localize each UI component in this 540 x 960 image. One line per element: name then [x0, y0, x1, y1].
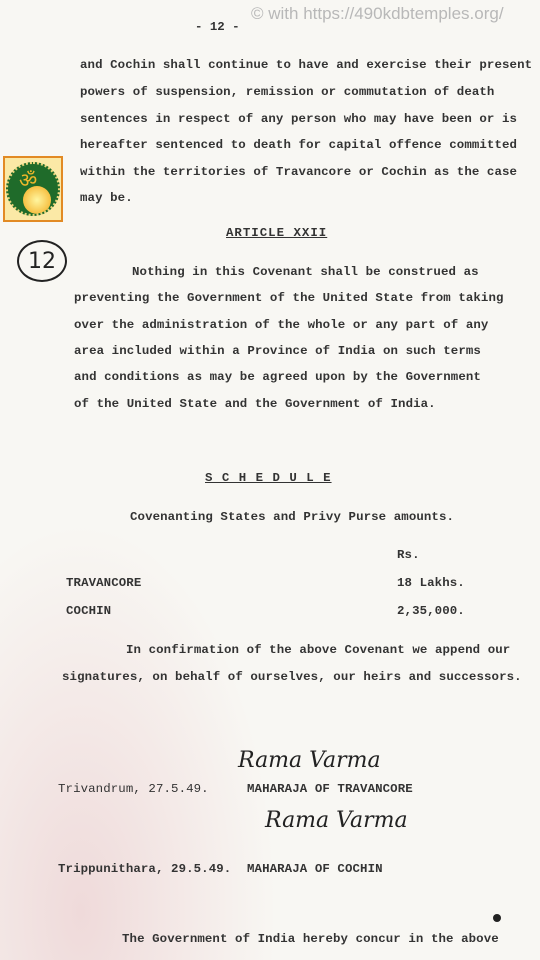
article-line: and conditions as may be agreed upon by … [74, 370, 481, 384]
om-temple-logo-icon[interactable]: ॐ [3, 156, 63, 222]
article-line: over the administration of the whole or … [74, 318, 488, 332]
schedule-amount: 2,35,000. [397, 604, 465, 618]
signature-title: MAHARAJA OF COCHIN [247, 862, 383, 876]
signature-place-date: Trippunithara, 29.5.49. [58, 862, 231, 876]
page-number: - 12 - [195, 20, 240, 34]
confirmation-line: signatures, on behalf of ourselves, our … [62, 670, 522, 684]
article-line: area included within a Province of India… [74, 344, 481, 358]
watermark: © with https://490kdbtemples.org/ [251, 4, 504, 24]
ink-dot [493, 914, 501, 922]
paragraph-line: powers of suspension, remission or commu… [80, 85, 494, 99]
signature-place-date: Trivandrum, 27.5.49. [58, 782, 209, 796]
paragraph-line: within the territories of Travancore or … [80, 165, 517, 179]
paragraph-line: and Cochin shall continue to have and ex… [80, 58, 532, 72]
paragraph-line: hereafter sentenced to death for capital… [80, 138, 517, 152]
article-line: Nothing in this Covenant shall be constr… [132, 265, 479, 279]
currency-header: Rs. [397, 548, 420, 562]
schedule-heading: S C H E D U L E [205, 471, 332, 485]
confirmation-line: In confirmation of the above Covenant we… [126, 643, 510, 657]
signature-title: MAHARAJA OF TRAVANCORE [247, 782, 413, 796]
om-icon: ॐ [19, 166, 37, 193]
closing-line: The Government of India hereby concur in… [122, 932, 499, 946]
schedule-amount: 18 Lakhs. [397, 576, 465, 590]
article-line: of the United State and the Government o… [74, 397, 436, 411]
logo-disc: ॐ [6, 162, 60, 216]
document-page: © with https://490kdbtemples.org/ - 12 -… [0, 0, 540, 960]
handwritten-margin-note: 12 [17, 240, 67, 282]
schedule-state: COCHIN [66, 604, 111, 618]
article-heading: ARTICLE XXII [226, 226, 327, 240]
schedule-state: TRAVANCORE [66, 576, 141, 590]
paragraph-line: may be. [80, 191, 133, 205]
article-line: preventing the Government of the United … [74, 291, 504, 305]
travancore-signature: Rama Varma [238, 748, 381, 773]
schedule-subtitle: Covenanting States and Privy Purse amoun… [130, 510, 454, 524]
cochin-signature: Rama Varma [265, 808, 408, 833]
paragraph-line: sentences in respect of any person who m… [80, 112, 517, 126]
